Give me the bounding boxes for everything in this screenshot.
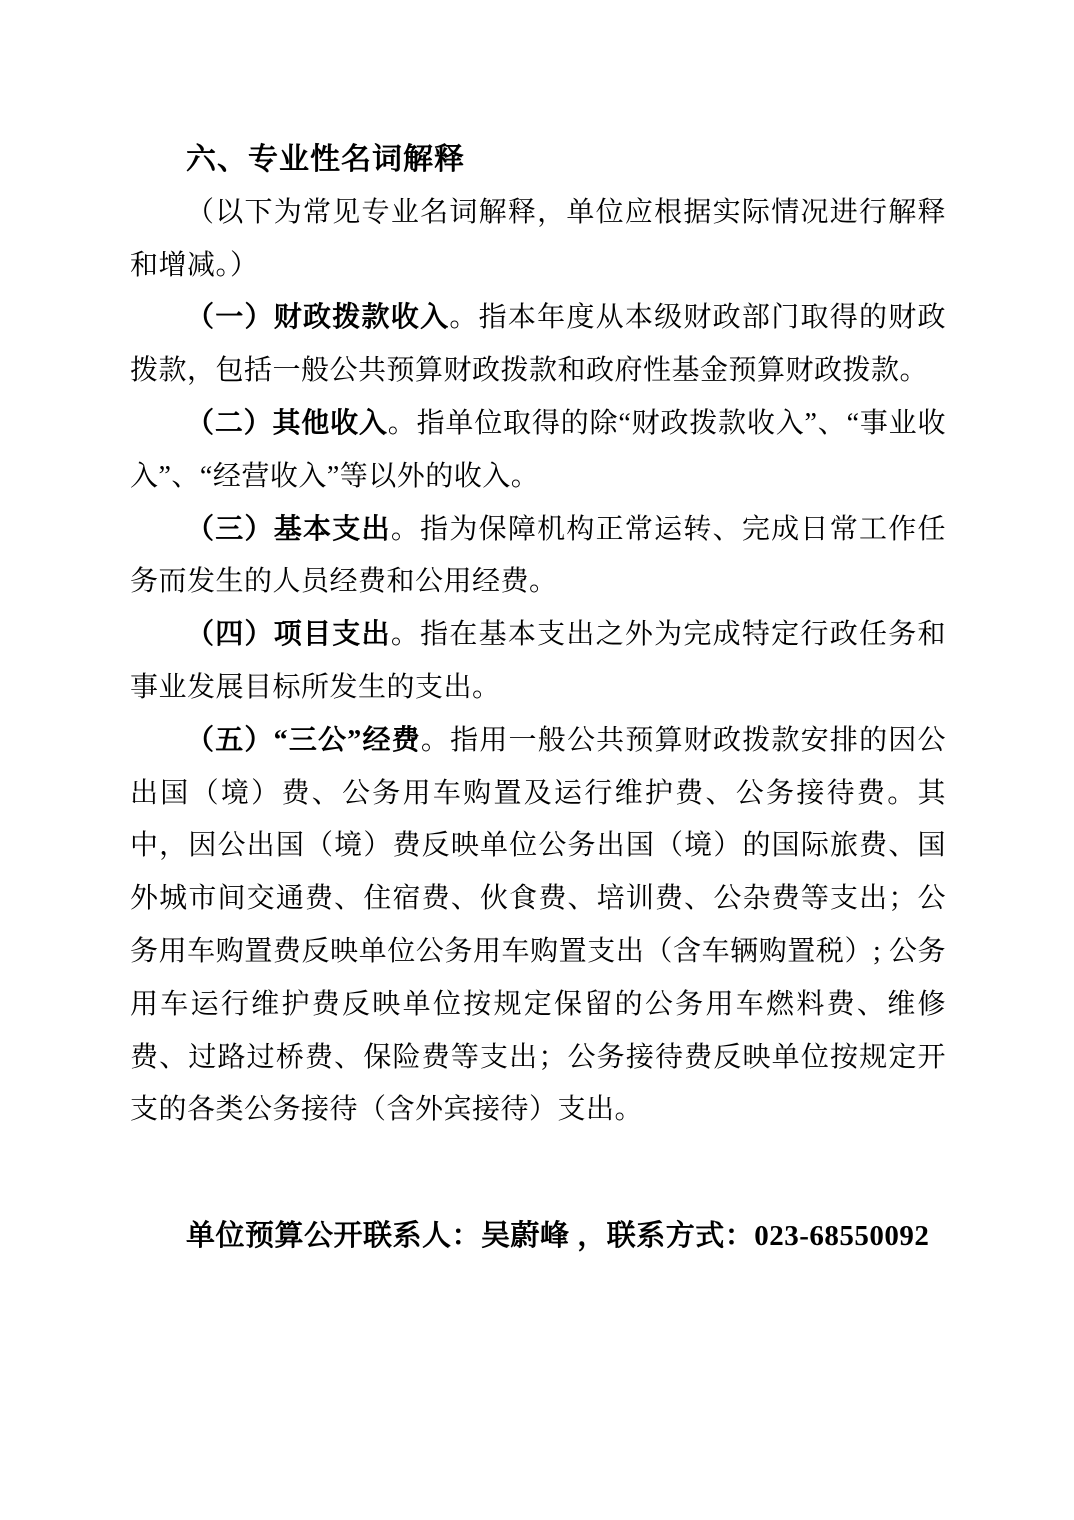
term-three-public-funds-definition: 。指用一般公共预算财政拨款安排的因公出国（境）费、公务用车购置及运行维护费、公务… <box>130 725 946 1126</box>
term-basic-expenditure-name: （三）基本支出 <box>186 514 391 545</box>
paragraph-term-basic-expenditure: （三）基本支出。指为保障机构正常运转、完成日常工作任务而发生的人员经费和公用经费… <box>130 504 946 610</box>
paragraph-term-three-public-funds: （五）“三公”经费。指用一般公共预算财政拨款安排的因公出国（境）费、公务用车购置… <box>130 715 946 1137</box>
document-content: 六、专业性名词解释 （以下为常见专业名词解释，单位应根据实际情况进行解释和增减。… <box>130 134 946 1263</box>
term-project-expenditure-name: （四）项目支出 <box>186 619 391 650</box>
document-page: 六、专业性名词解释 （以下为常见专业名词解释，单位应根据实际情况进行解释和增减。… <box>0 0 1074 1520</box>
term-three-public-funds-name: （五）“三公”经费 <box>186 725 421 756</box>
paragraph-note: （以下为常见专业名词解释，单位应根据实际情况进行解释和增减。） <box>130 187 946 293</box>
section-heading: 六、专业性名词解释 <box>130 134 946 187</box>
contact-line: 单位预算公开联系人：吴蔚峰 ，联系方式：023-68550092 <box>130 1210 946 1263</box>
paragraph-note-text: （以下为常见专业名词解释，单位应根据实际情况进行解释和增减。） <box>130 197 946 281</box>
paragraph-term-project-expenditure: （四）项目支出。指在基本支出之外为完成特定行政任务和事业发展目标所发生的支出。 <box>130 609 946 715</box>
paragraph-term-fiscal-appropriation-income: （一）财政拨款收入。指本年度从本级财政部门取得的财政拨款，包括一般公共预算财政拨… <box>130 292 946 398</box>
term-fiscal-appropriation-income-name: （一）财政拨款收入 <box>186 302 449 333</box>
paragraph-term-other-income: （二）其他收入。指单位取得的除“财政拨款收入”、“事业收入”、“经营收入”等以外… <box>130 398 946 504</box>
term-other-income-name: （二）其他收入 <box>186 408 388 439</box>
